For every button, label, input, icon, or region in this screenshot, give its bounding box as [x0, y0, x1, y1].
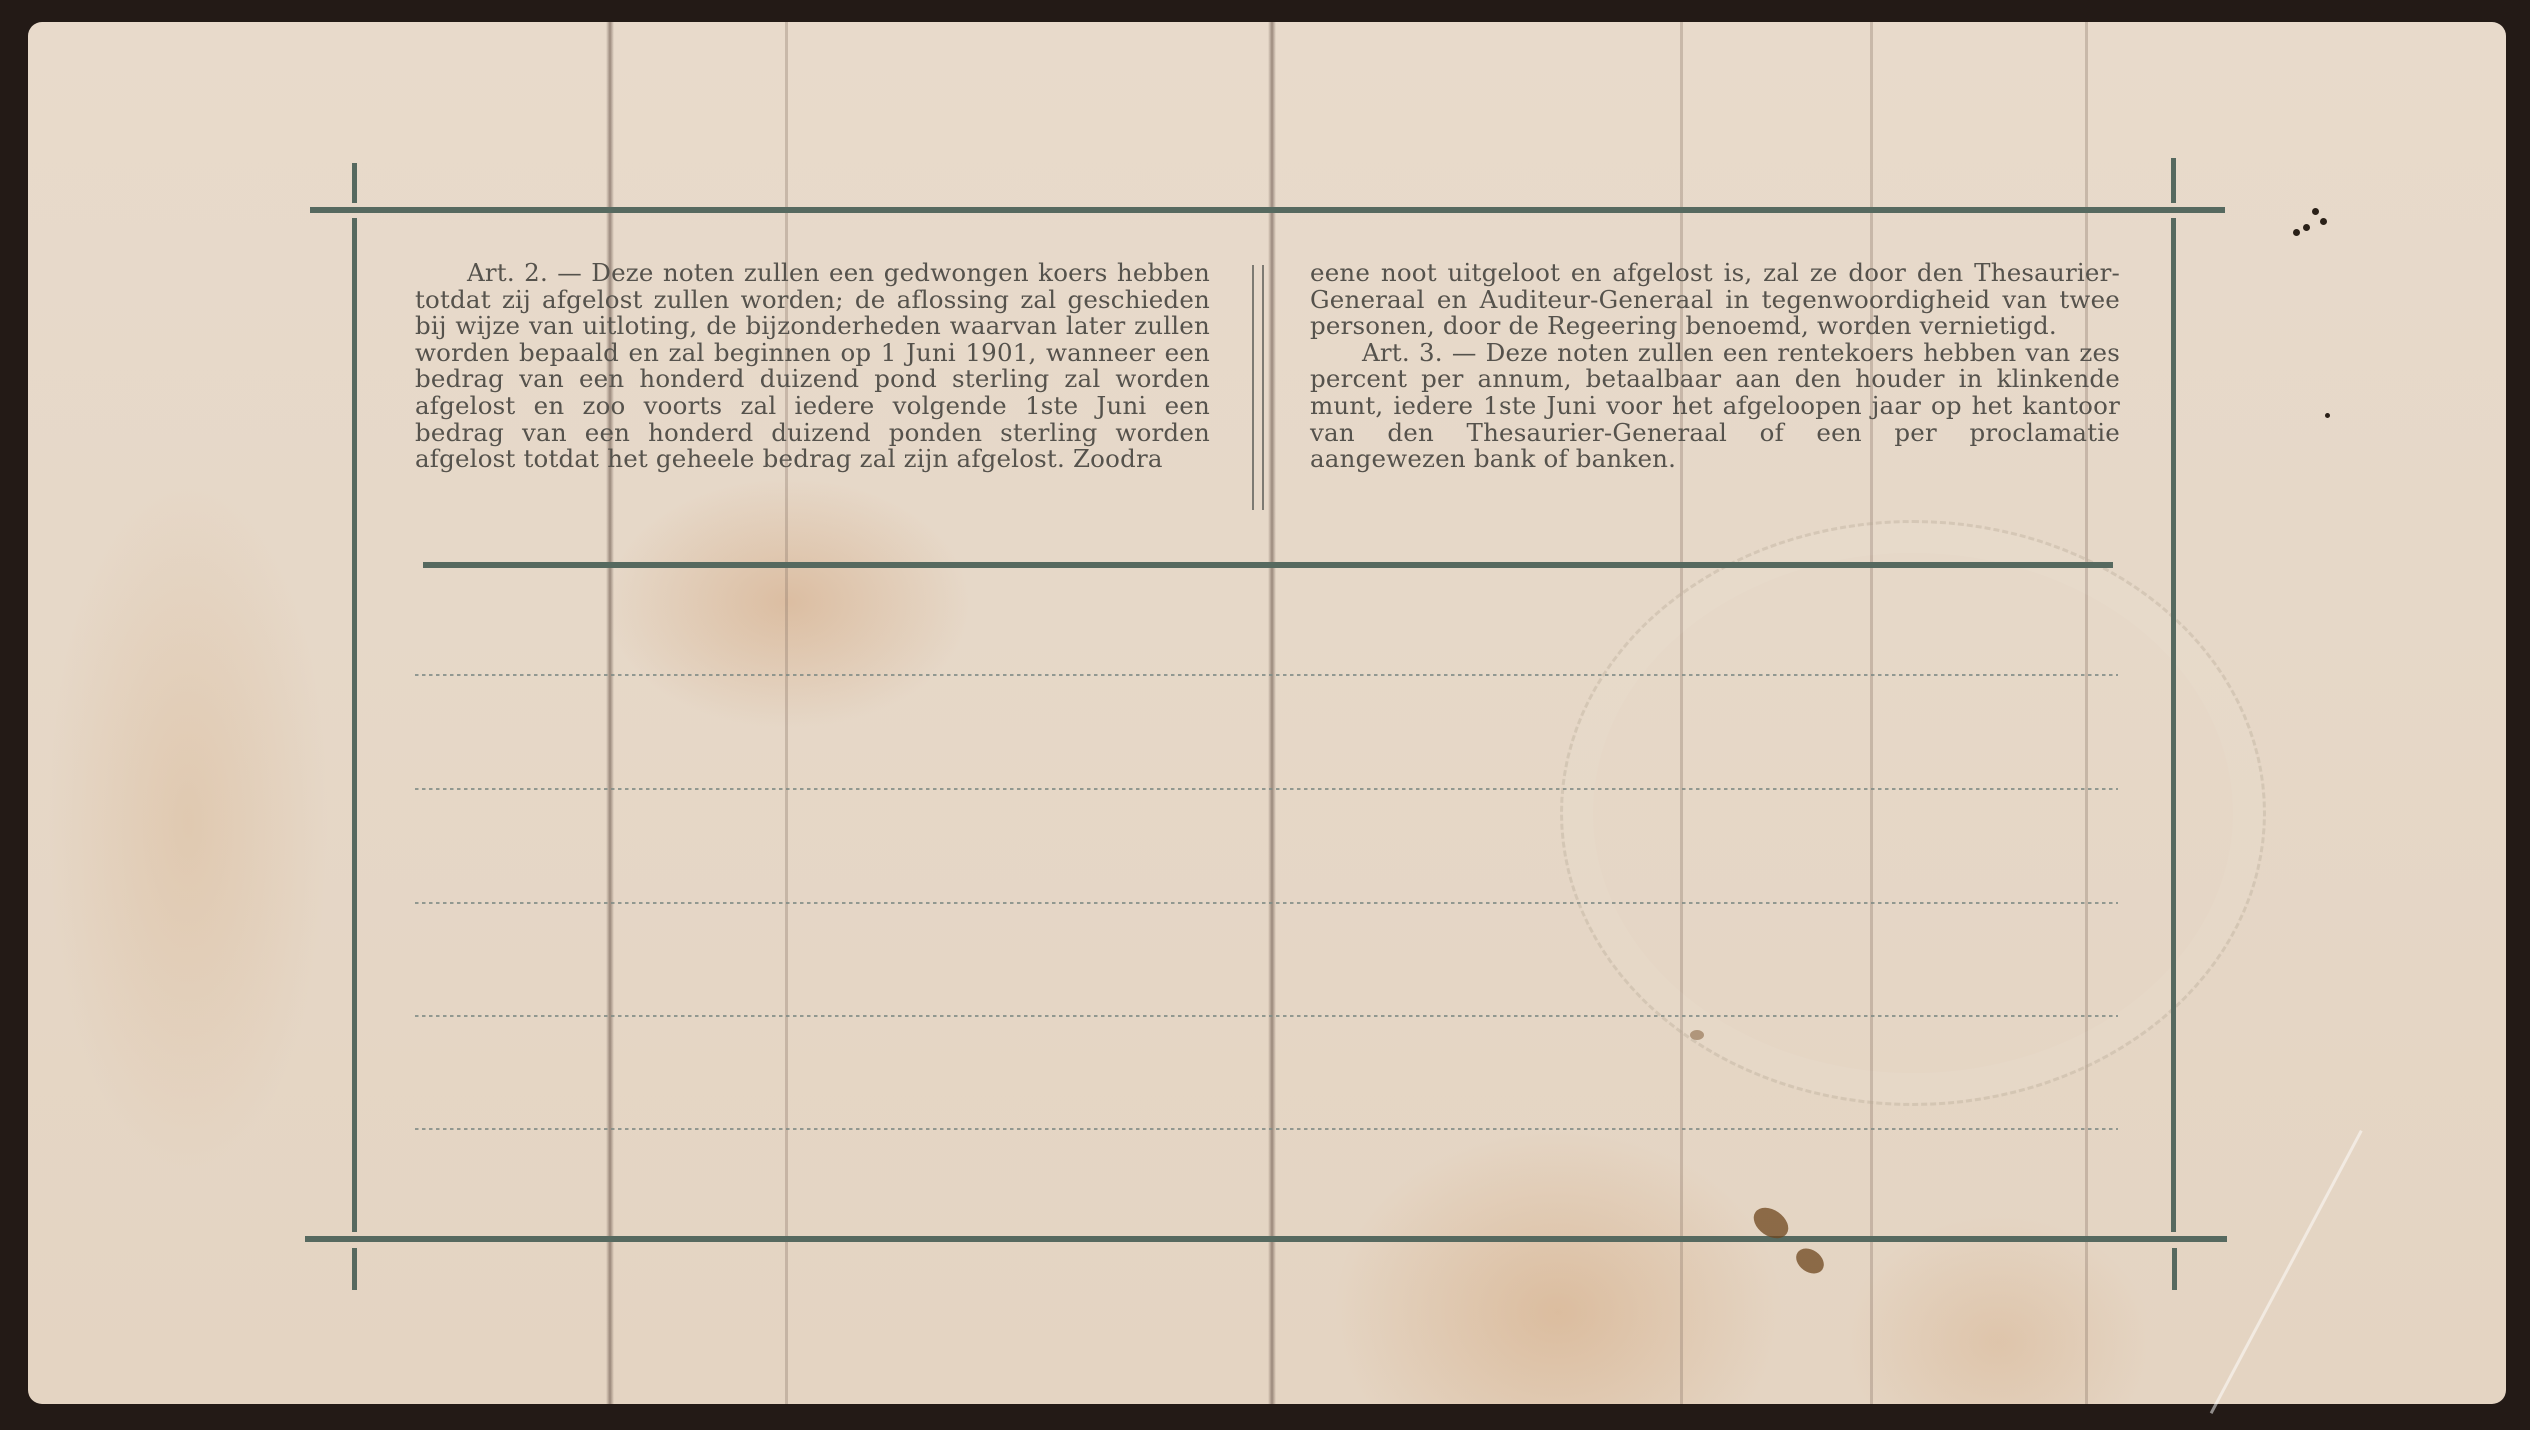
article-3-text: Art. 3. — Deze noten zullen een rentekoe… [1310, 340, 2120, 473]
pin-hole [2325, 413, 2330, 418]
article-2-continuation-text: eene noot uitgeloot en afgelost is, zal … [1310, 260, 2120, 340]
column-rule [1262, 265, 1264, 510]
frame-tick-top-left [352, 163, 357, 203]
fold-crease [785, 22, 788, 1404]
blank-line-1 [415, 674, 2118, 676]
frame-left-line [352, 218, 357, 1232]
fold-gap-center [1268, 22, 1276, 1404]
ink-speck [1690, 1030, 1704, 1040]
embossed-seal [1560, 520, 2266, 1106]
frame-tick-bottom-left [352, 1248, 357, 1290]
blank-line-3 [415, 902, 2118, 904]
pin-hole [2293, 229, 2300, 236]
frame-tick-bottom-right [2172, 1248, 2177, 1290]
frame-tick-top-right [2171, 158, 2176, 203]
frame-right-line [2171, 218, 2176, 1232]
article-2-3-column: eene noot uitgeloot en afgelost is, zal … [1310, 260, 2120, 473]
article-2-text: Art. 2. — Deze noten zullen een gedwonge… [415, 260, 1210, 473]
pin-hole [2320, 218, 2327, 225]
blank-line-4 [415, 1015, 2118, 1017]
section-divider [423, 562, 2113, 568]
pin-hole [2303, 224, 2310, 231]
pin-hole [2312, 208, 2319, 215]
blank-line-2 [415, 788, 2118, 790]
article-2-column: Art. 2. — Deze noten zullen een gedwonge… [415, 260, 1210, 473]
blank-line-5 [415, 1128, 2118, 1130]
fold-gap-left [606, 22, 614, 1404]
frame-bottom-line [305, 1236, 2227, 1242]
frame-top-line [310, 207, 2225, 213]
column-rule [1252, 265, 1254, 510]
